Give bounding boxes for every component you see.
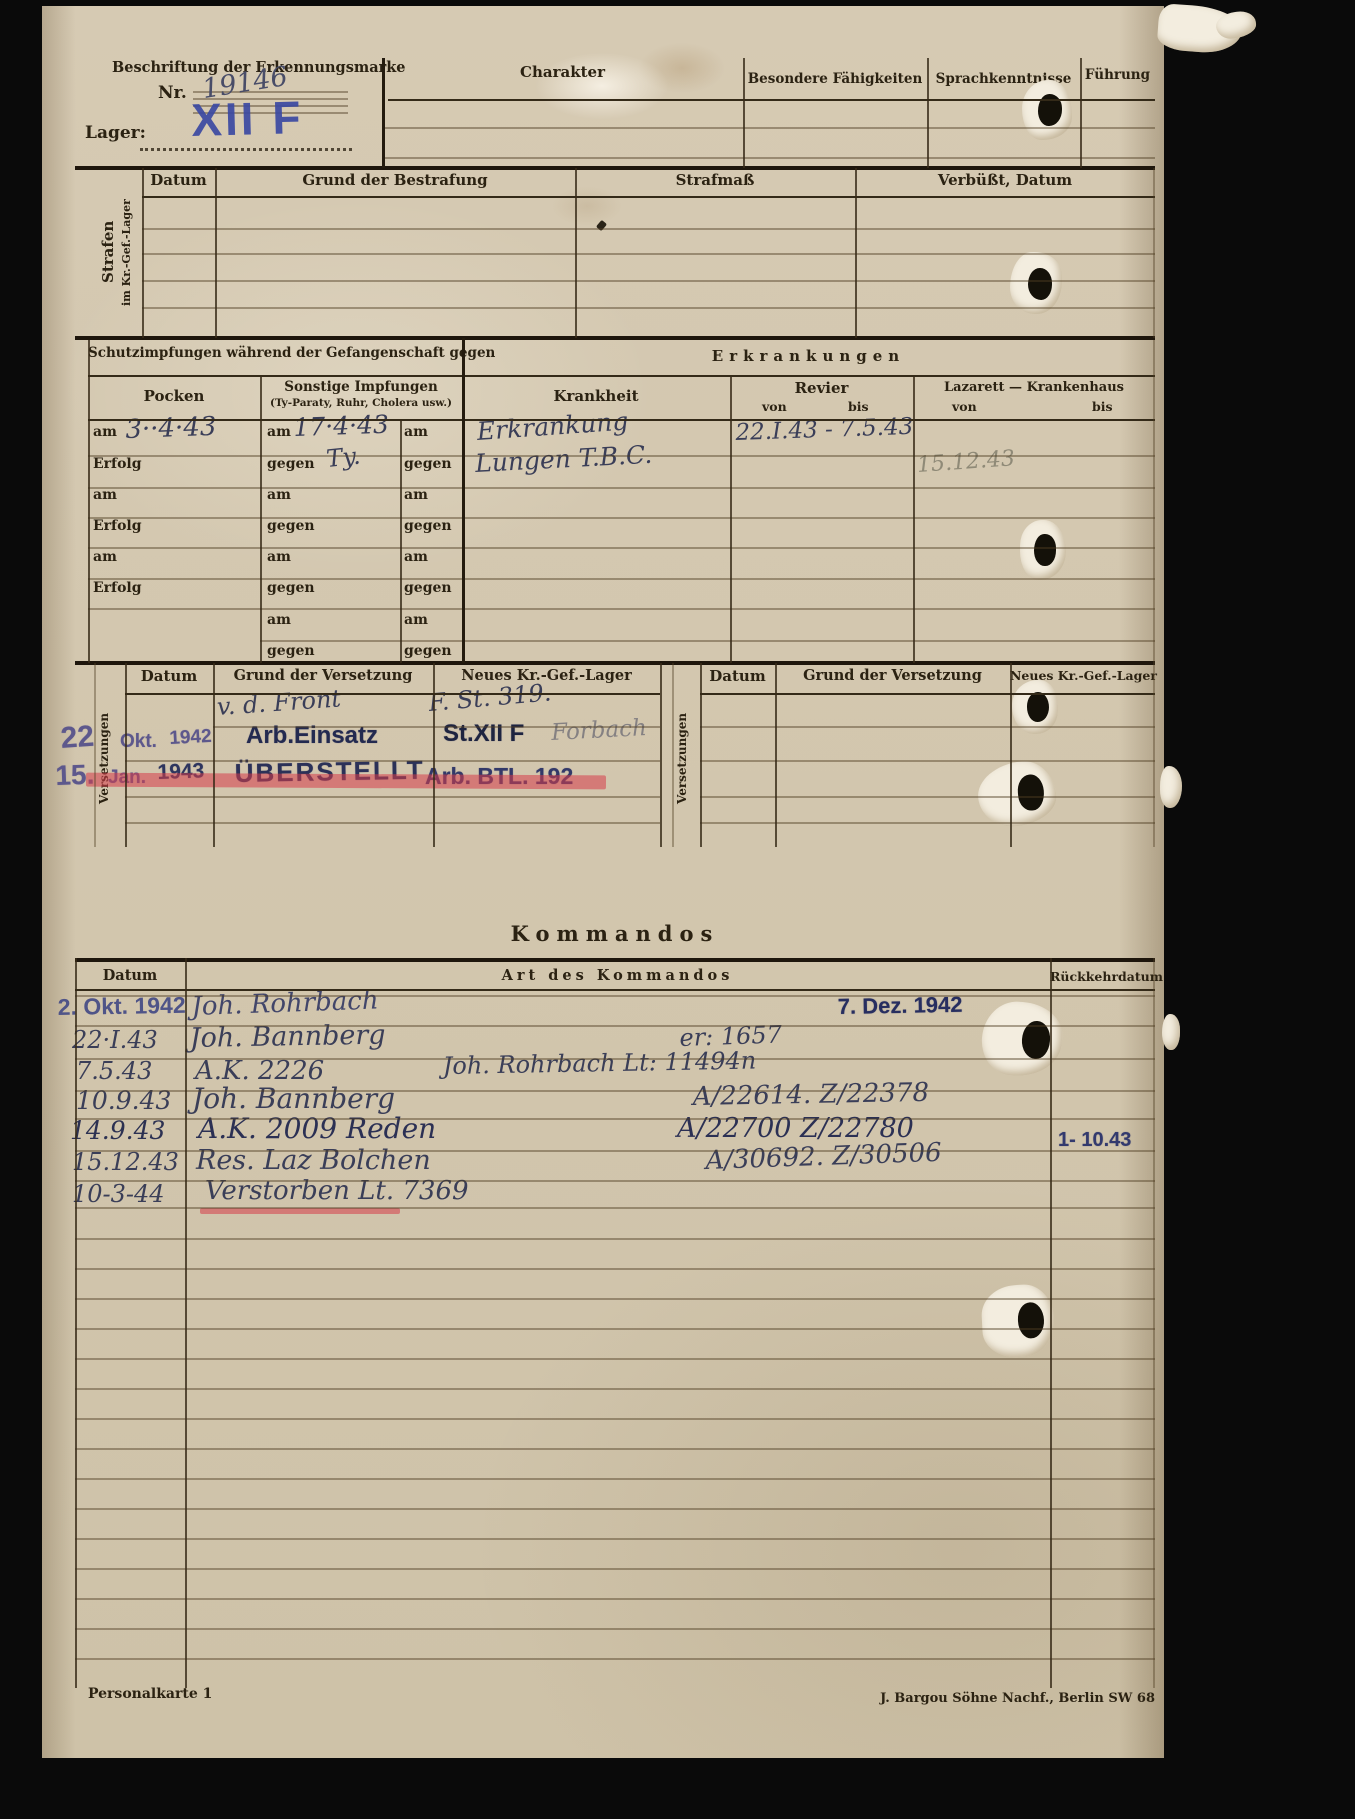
red-strike-line: [86, 773, 606, 790]
lazarett-header: Lazarett — Krankenhaus: [913, 381, 1155, 396]
ruled-line: [125, 693, 660, 695]
ruled-line: [142, 253, 1155, 255]
ruled-line: [75, 1478, 1155, 1480]
ruled-line: [88, 455, 1155, 457]
ruled-line: [75, 1090, 1155, 1092]
krankheit-entry-line2: Lungen T.B.C.: [474, 441, 652, 479]
lazarett-bis-label: bis: [1092, 400, 1113, 414]
ruled-line: [75, 1448, 1155, 1450]
ruled-line: [75, 1658, 1155, 1660]
ruled-line: [142, 228, 1155, 230]
lager-label: Lager:: [85, 124, 146, 144]
table-divider-line: [75, 958, 77, 1688]
ruled-line: [75, 1025, 1155, 1027]
ruled-line: [75, 995, 1155, 997]
ruled-line: [75, 661, 1155, 665]
charakter-header: Charakter: [382, 64, 743, 81]
versetzung-neues-handwritten: F. St. 319.: [428, 679, 553, 717]
table-divider-line: [913, 377, 915, 663]
ruled-line: [75, 989, 1155, 991]
kommando-art-entry: Joh. Bannberg: [192, 1083, 395, 1115]
ruled-line: [142, 280, 1155, 282]
card-content: Beschriftung der Erkennungsmarke Nr. 191…: [0, 0, 1355, 1819]
impfung-row-label: am: [404, 487, 428, 503]
versetzung-datum-stamp-day: 22: [60, 720, 96, 757]
ruled-line: [75, 1207, 1155, 1209]
ruled-line: [260, 640, 1155, 642]
versetzungen-right-col-datum: Datum: [700, 668, 775, 685]
ruled-line: [75, 958, 1155, 962]
impfung-row-label: gegen: [267, 456, 315, 472]
erkrankungen-title: Erkrankungen: [462, 348, 1155, 365]
impfung-row-label: am: [404, 612, 428, 628]
table-divider-line: [700, 663, 702, 847]
impfung-row-label: gegen: [404, 456, 452, 472]
kommando-datum-entry: 14.9.43: [70, 1117, 165, 1146]
table-divider-line: [1153, 663, 1155, 847]
strafen-col-verbuesst: Verbüßt, Datum: [855, 172, 1155, 189]
impfung-row-label: gegen: [267, 580, 315, 596]
impfung-row-label: gegen: [404, 580, 452, 596]
ruled-line: [75, 1058, 1155, 1060]
paper-tear: [1020, 520, 1066, 580]
ruled-line: [382, 127, 1155, 129]
table-divider-line: [730, 377, 732, 663]
ruled-line: [75, 1118, 1155, 1120]
lazarett-entry: 15.12.43: [916, 446, 1015, 478]
strafen-col-strafmass: Strafmaß: [575, 172, 855, 189]
table-divider-line: [855, 168, 857, 338]
ruled-line: [75, 1568, 1155, 1570]
impfung-row-label: am: [93, 424, 117, 440]
table-divider-line: [1153, 340, 1155, 663]
ruled-line: [75, 1508, 1155, 1510]
impfung-row-label: am: [267, 549, 291, 565]
ruled-line: [75, 1328, 1155, 1330]
kommando-datum-entry: 10-3-44: [72, 1181, 165, 1209]
table-divider-line: [433, 663, 435, 847]
table-divider-line: [88, 340, 90, 663]
ruled-line: [75, 1150, 1155, 1152]
ruled-line: [88, 608, 1155, 610]
strafen-side-label: Strafen: [100, 182, 117, 322]
table-divider-line: [927, 58, 929, 168]
ruled-line: [75, 1238, 1155, 1240]
ruled-line: [700, 796, 1155, 798]
lager-stamp: XII F: [191, 91, 304, 147]
ruled-line: [75, 1298, 1155, 1300]
table-divider-line: [1153, 958, 1155, 1688]
paper-edge-tear: [1162, 1014, 1180, 1050]
krankheit-entry-line1: Erkrankung: [476, 407, 629, 446]
kommando-datum-entry: 22·I.43: [72, 1027, 158, 1055]
table-divider-line: [215, 168, 217, 338]
table-divider-line: [743, 58, 745, 168]
ruled-line: [75, 1418, 1155, 1420]
ruled-line: [88, 375, 462, 377]
impfung-row-label: am: [93, 549, 117, 565]
versetzungen-side-label-left: Versetzungen: [98, 672, 112, 844]
paper-tear: [1022, 80, 1072, 140]
ruled-line: [75, 1358, 1155, 1360]
lazarett-von-label: von: [952, 400, 977, 414]
table-divider-line: [672, 663, 674, 847]
revier-header: Revier: [730, 380, 913, 397]
ruled-line: [700, 726, 1155, 728]
faehigkeiten-header: Besondere Fähigkeiten: [743, 72, 927, 88]
revier-bis-label: bis: [848, 400, 869, 414]
kommando-datum-entry: 15.12.43: [72, 1149, 179, 1177]
ruled-line: [88, 487, 1155, 489]
kommandos-col-rueckkehr: Rückkehrdatum: [1050, 970, 1155, 984]
ruled-line: [462, 419, 1155, 421]
impfung-row-label: Erfolg: [93, 456, 142, 472]
rueckkehrdatum-stamp: 1- 10.43: [1058, 1129, 1131, 1152]
ruled-line: [75, 1388, 1155, 1390]
st-xiif-stamp: St.XII F: [443, 720, 524, 748]
kommando-detail-entry: A/22614. Z/22378: [692, 1079, 929, 1113]
ruled-line: [75, 1268, 1155, 1270]
paper-tear: [980, 1283, 1056, 1359]
nr-label: Nr.: [158, 84, 187, 104]
strafen-col-grund: Grund der Bestrafung: [215, 172, 575, 189]
ruled-line: [142, 196, 1155, 198]
table-divider-line: [462, 338, 465, 663]
revier-von-label: von: [762, 400, 787, 414]
impfung-row-label: am: [93, 487, 117, 503]
kommando-art-entry: Joh. Rohrbach: [191, 986, 379, 1022]
table-divider-line: [400, 419, 402, 663]
ruled-line: [75, 1628, 1155, 1630]
kommandos-title: Kommandos: [75, 922, 1155, 946]
table-divider-line: [185, 958, 187, 1688]
ruled-line: [88, 578, 1155, 580]
kommandos-col-datum: Datum: [75, 968, 185, 985]
impfung-row-label: gegen: [267, 643, 315, 659]
impfung-row-label: Erfolg: [93, 518, 142, 534]
ruled-line: [142, 307, 1155, 309]
versetzungen-col-datum: Datum: [125, 668, 213, 685]
impfung-row-label: am: [267, 612, 291, 628]
kommando-detail-entry: Joh. Rohrbach Lt: 11494n: [443, 1048, 757, 1081]
pocken-date-entry: 3··4·43: [125, 413, 217, 446]
paper-tear: [1010, 252, 1062, 314]
table-divider-line: [775, 663, 777, 847]
versetzung-grund-handwritten: v. d. Front: [216, 685, 342, 721]
table-divider-line: [660, 663, 662, 847]
impfung-row-label: gegen: [404, 643, 452, 659]
ruled-line: [88, 547, 1155, 549]
versetzung-datum-stamp-year: 1942: [169, 726, 212, 750]
ruled-line: [75, 166, 1155, 170]
table-divider-line: [1010, 663, 1012, 847]
ruled-line: [382, 157, 1155, 159]
versetzungen-side-label-right: Versetzungen: [676, 672, 690, 844]
table-divider-line: [125, 663, 127, 847]
strafen-col-datum: Datum: [142, 172, 215, 189]
table-divider-line: [1080, 58, 1082, 168]
table-divider-line: [382, 58, 385, 168]
impfung-row-label: am: [404, 424, 428, 440]
table-divider-line: [213, 663, 215, 847]
sonstige-date-entry: 17·4·43: [293, 411, 389, 443]
paper-tear: [975, 758, 1059, 830]
kommando-detail-entry: A/30692. Z/30506: [705, 1139, 942, 1177]
table-divider-line: [1050, 958, 1052, 1688]
ruled-line: [75, 1598, 1155, 1600]
impfung-row-label: gegen: [267, 518, 315, 534]
ruled-line: [75, 1538, 1155, 1540]
footer-card-type: Personalkarte 1: [88, 1686, 212, 1702]
ruled-line: [125, 796, 660, 798]
ruled-line: [213, 726, 660, 728]
ruled-line: [75, 336, 1155, 340]
sonstige-gegen-entry: Ty.: [325, 443, 362, 474]
ruled-line: [700, 693, 1155, 695]
ruled-line: [125, 822, 660, 824]
ruled-line: [700, 760, 1155, 762]
ruled-line: [88, 419, 462, 421]
ruled-line: [462, 375, 1155, 377]
kommando-datum-entry: 7.5.43: [76, 1058, 152, 1086]
fuehrung-header: Führung: [1080, 68, 1155, 84]
ruled-line: [125, 760, 660, 762]
sonstige-impfungen-header: Sonstige Impfungen: [260, 380, 462, 396]
versetzung-neues-handwritten-2: Forbach: [551, 715, 648, 746]
impfung-row-label: Erfolg: [93, 580, 142, 596]
ruled-line: [388, 99, 1155, 101]
krankheit-header: Krankheit: [462, 388, 730, 405]
table-divider-line: [142, 168, 144, 338]
pocken-header: Pocken: [88, 388, 260, 405]
table-divider-line: [94, 663, 96, 847]
ruled-line: [88, 517, 1155, 519]
paper-edge-tear: [1160, 766, 1182, 808]
versetzungen-col-grund: Grund der Versetzung: [213, 668, 433, 685]
impfung-row-label: am: [267, 487, 291, 503]
kommandos-col-art: Art des Kommandos: [185, 968, 1050, 985]
table-divider-line: [260, 377, 262, 663]
versetzungen-right-col-grund: Grund der Versetzung: [775, 668, 1010, 685]
table-divider-line: [575, 168, 577, 338]
impfung-row-label: am: [404, 549, 428, 565]
footer-printer: J. Bargou Söhne Nachf., Berlin SW 68: [880, 1692, 1155, 1707]
impfung-row-label: am: [267, 424, 291, 440]
table-divider-line: [1153, 168, 1155, 338]
ruled-line: [75, 1180, 1155, 1182]
pow-personalkarte-scan: Beschriftung der Erkennungsmarke Nr. 191…: [0, 0, 1355, 1819]
impfung-row-label: gegen: [404, 518, 452, 534]
ruled-line: [700, 822, 1155, 824]
impfungen-title: Schutzimpfungen während der Gefangenscha…: [88, 346, 462, 362]
sonstige-impfungen-subheader: (Ty-Paraty, Ruhr, Cholera usw.): [260, 397, 462, 409]
strafen-side-label-2: im Kr.-Gef.-Lager: [121, 175, 134, 330]
